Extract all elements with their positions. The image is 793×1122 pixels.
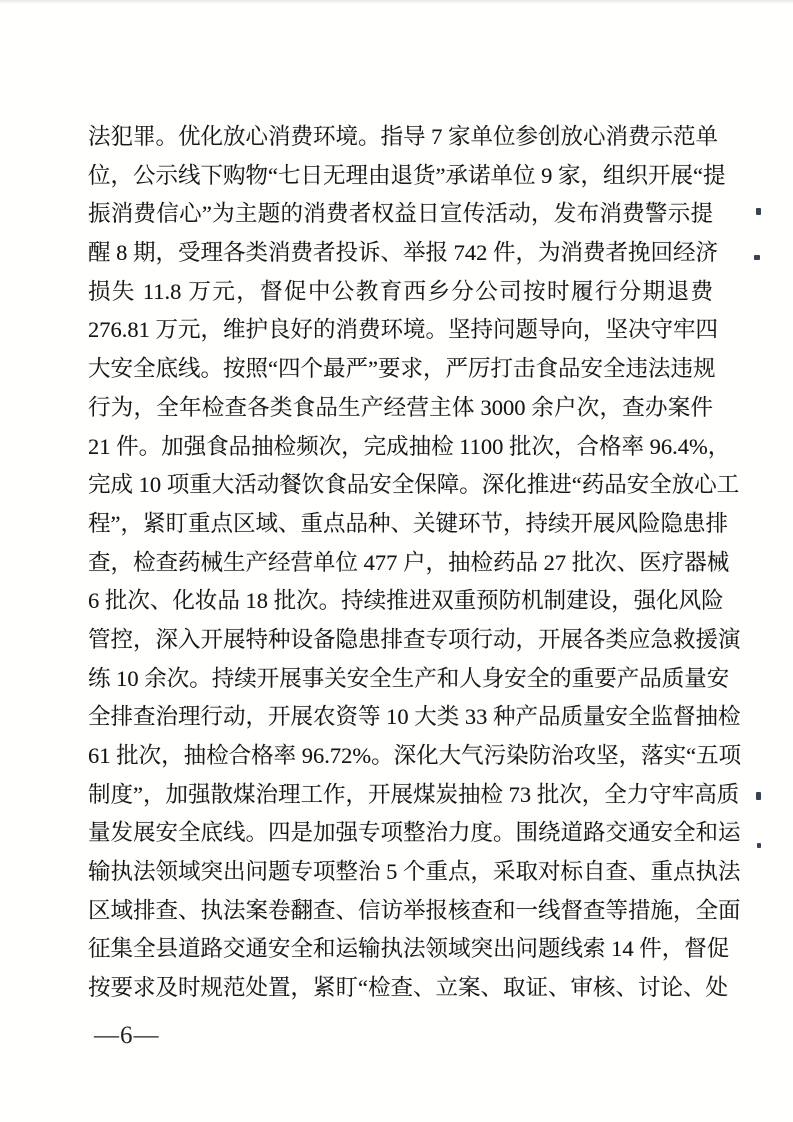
body-text-line: 损失 11.8 万元，督促中公教育西乡分公司按时履行分期退费: [88, 273, 713, 312]
body-text-line: 全排查治理行动，开展农资等 10 大类 33 种产品质量安全监督抽检: [88, 698, 713, 737]
body-text-line: 征集全县道路交通安全和运输执法领域突出问题线索 14 件，督促: [88, 930, 713, 969]
body-text-line: 振消费信心”为主题的消费者权益日宣传活动，发布消费警示提: [88, 195, 713, 234]
body-text-line: 276.81 万元，维护良好的消费环境。坚持问题导向，坚决守牢四: [88, 311, 713, 350]
body-text-line: 大安全底线。按照“四个最严”要求，严厉打击食品安全违法违规: [88, 350, 713, 389]
body-text-line: 查，检查药械生产经营单位 477 户，抽检药品 27 批次、医疗器械: [88, 544, 713, 583]
body-text-line: 6 批次、化妆品 18 批次。持续推进双重预防机制建设，强化风险: [88, 582, 713, 621]
document-page: 法犯罪。优化放心消费环境。指导 7 家单位参创放心消费示范单 位，公示线下购物“…: [0, 0, 793, 1122]
body-text-line: 61 批次，抽检合格率 96.72%。深化大气污染防治攻坚，落实“五项: [88, 737, 713, 776]
scan-speck: [757, 843, 761, 848]
body-text-line: 输执法领域突出问题专项整治 5 个重点，采取对标自查、重点执法: [88, 853, 713, 892]
body-text-line: 程”，紧盯重点区域、重点品种、关键环节，持续开展风险隐患排: [88, 505, 713, 544]
scan-speck: [754, 255, 760, 260]
page-number: —6—: [94, 1022, 160, 1050]
body-text-line: 位，公示线下购物“七日无理由退货”承诺单位 9 家，组织开展“提: [88, 157, 713, 196]
scan-speck: [756, 792, 761, 800]
scan-speck: [756, 208, 761, 215]
body-text-line: 按要求及时规范处置，紧盯“检查、立案、取证、审核、讨论、处: [88, 969, 713, 1008]
body-text-line: 区域排查、执法案卷翻查、信访举报核查和一线督查等措施，全面: [88, 892, 713, 931]
body-text-line: 量发展安全底线。四是加强专项整治力度。围绕道路交通安全和运: [88, 814, 713, 853]
body-text-line: 管控，深入开展特种设备隐患排查专项行动，开展各类应急救援演: [88, 621, 713, 660]
body-text-line: 21 件。加强食品抽检频次，完成抽检 1100 批次，合格率 96.4%，: [88, 428, 713, 467]
body-text-block: 法犯罪。优化放心消费环境。指导 7 家单位参创放心消费示范单 位，公示线下购物“…: [88, 118, 713, 1008]
body-text-line: 醒 8 期，受理各类消费者投诉、举报 742 件，为消费者挽回经济: [88, 234, 713, 273]
body-text-line: 完成 10 项重大活动餐饮食品安全保障。深化推进“药品安全放心工: [88, 466, 713, 505]
body-text-line: 制度”，加强散煤治理工作，开展煤炭抽检 73 批次，全力守牢高质: [88, 776, 713, 815]
scan-edge-shadow: [0, 0, 793, 4]
body-text-line: 法犯罪。优化放心消费环境。指导 7 家单位参创放心消费示范单: [88, 118, 713, 157]
body-text-line: 练 10 余次。持续开展事关安全生产和人身安全的重要产品质量安: [88, 660, 713, 699]
body-text-line: 行为，全年检查各类食品生产经营主体 3000 余户次，查办案件: [88, 389, 713, 428]
